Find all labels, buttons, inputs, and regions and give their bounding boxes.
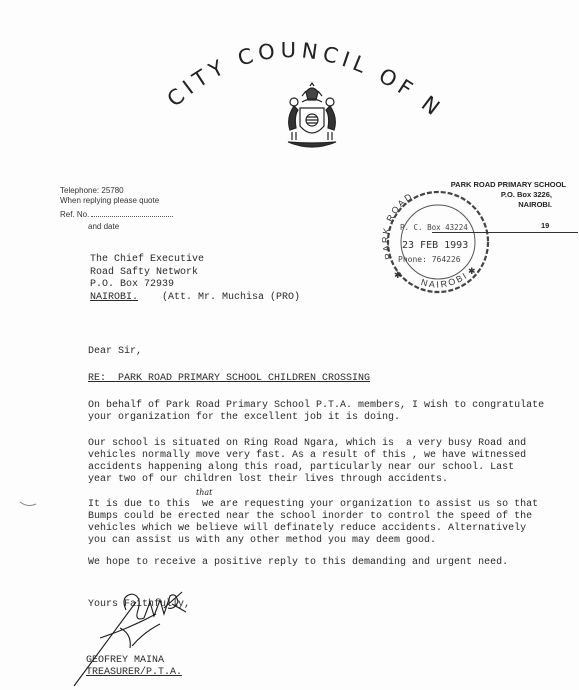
date-line <box>432 226 578 233</box>
recipient-address: The Chief ExecutiveRoad Safty NetworkP.O… <box>90 254 300 304</box>
svg-text:Phone: 764226: Phone: 764226 <box>398 255 461 264</box>
body-paragraph-1: On behalf of Park Road Primary School P.… <box>88 400 558 424</box>
reply-note: When replying please quote <box>60 196 159 206</box>
and-date-label: and date <box>88 222 119 232</box>
date-year-prefix: 19 <box>540 221 550 230</box>
telephone-label: Telephone: 25780 <box>60 186 124 196</box>
recipient-city-line: NAIROBI. (Att. Mr. Muchisa (PRO) <box>90 292 300 305</box>
recipient-attention: (Att. Mr. Muchisa (PRO) <box>162 292 300 303</box>
school-address-block: PARK ROAD PRIMARY SCHOOL P.O. Box 3226, … <box>424 180 566 210</box>
recipient-line-3: P.O. Box 72939 <box>90 279 300 292</box>
coat-of-arms-icon <box>280 82 344 152</box>
school-city: NAIROBI. <box>424 200 566 210</box>
handwritten-insert: that <box>196 488 212 497</box>
recipient-line-2: Road Safty Network <box>90 267 300 280</box>
svg-text:23 FEB 1993: 23 FEB 1993 <box>402 240 468 251</box>
svg-text:✱: ✱ <box>394 270 402 280</box>
signatory-title: TREASURER/P.T.A. <box>86 667 182 679</box>
body-paragraph-3: It is due to this we are requesting your… <box>88 499 558 547</box>
salutation: Dear Sir, <box>88 346 558 358</box>
svg-text:✱: ✱ <box>468 266 476 276</box>
school-name: PARK ROAD PRIMARY SCHOOL <box>424 180 566 190</box>
signatory-name: GEOFREY MAINA <box>86 655 556 667</box>
recipient-line-1: The Chief Executive <box>90 254 300 267</box>
body-paragraph-2: Our school is situated on Ring Road Ngar… <box>88 438 558 486</box>
subject-line: RE: PARK ROAD PRIMARY SCHOOL CHILDREN CR… <box>88 373 370 385</box>
svg-text:CITY COUNCIL OF NAIROBI: CITY COUNCIL OF NAIROBI <box>0 0 448 123</box>
letter-page: CITY COUNCIL OF NAIROBI Telephone: 25780… <box>0 0 579 690</box>
ref-no-label: Ref. No. <box>60 210 173 220</box>
body-paragraph-4: We hope to receive a positive reply to t… <box>88 557 558 569</box>
school-po-box: P.O. Box 3226, <box>424 190 566 200</box>
margin-mark-icon <box>18 500 38 510</box>
recipient-city: NAIROBI. <box>90 292 138 303</box>
